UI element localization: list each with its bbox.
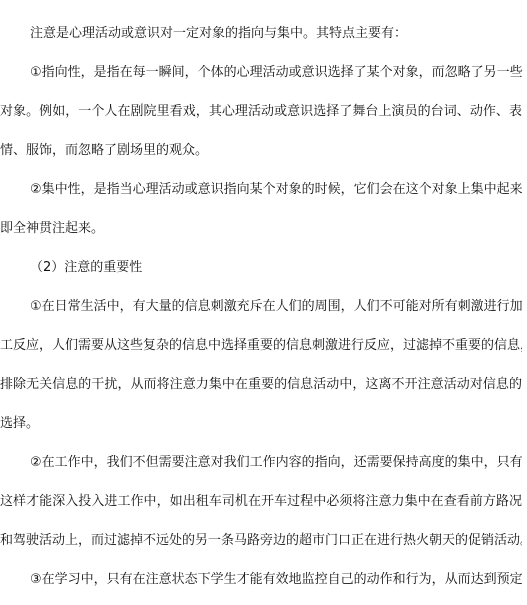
paragraph-line: ②在工作中，我们不但需要注意对我们工作内容的指向，还需要保持高度的集中，只有 — [0, 443, 522, 482]
section-heading: （2）注意的重要性 — [0, 248, 527, 287]
section-heading-cut: （1）注意的基本特征 — [0, 0, 527, 14]
paragraph-daily-life: ①在日常生活中，有大量的信息刺激充斥在人们的周围，人们不可能对所有刺激进行加 工… — [0, 287, 527, 443]
paragraph-line: 选择。 — [0, 404, 527, 443]
paragraph-line: 这样才能深入投入进工作中，如出租车司机在开车过程中必须将注意力集中在查看前方路况 — [0, 482, 522, 521]
paragraph-definition: 注意是心理活动或意识对一定对象的指向与集中。其特点主要有： — [0, 14, 527, 53]
paragraph-line: ①指向性，是指在每一瞬间，个体的心理活动或意识选择了某个对象，而忽略了另一些 — [0, 53, 522, 92]
paragraph-line: 即全神贯注起来。 — [0, 209, 527, 248]
paragraph-line: 排除无关信息的干扰，从而将注意力集中在重要的信息活动中，这离不开注意活动对信息的 — [0, 365, 522, 404]
paragraph-study: ③在学习中，只有在注意状态下学生才能有效地监控自己的动作和行为，从而达到预定 — [0, 560, 527, 599]
paragraph-line: 和驾驶活动上，而过滤掉不远处的另一条马路旁边的超市门口正在进行热火朝天的促销活动… — [0, 521, 522, 560]
paragraph-line: 对象。例如，一个人在剧院里看戏，其心理活动或意识选择了舞台上演员的台词、动作、表 — [0, 92, 522, 131]
paragraph-line: 情、服饰，而忽略了剧场里的观众。 — [0, 131, 527, 170]
paragraph-concentration: ②集中性，是指当心理活动或意识指向某个对象的时候，它们会在这个对象上集中起来， … — [0, 170, 527, 248]
paragraph-line: ②集中性，是指当心理活动或意识指向某个对象的时候，它们会在这个对象上集中起来， — [0, 170, 522, 209]
paragraph-line: ①在日常生活中，有大量的信息刺激充斥在人们的周围，人们不可能对所有刺激进行加 — [0, 287, 522, 326]
section-heading-importance: （2）注意的重要性 — [0, 248, 527, 287]
paragraph-line: 注意是心理活动或意识对一定对象的指向与集中。其特点主要有： — [0, 14, 527, 53]
paragraph-line: 工反应，人们需要从这些复杂的信息中选择重要的信息刺激进行反应，过滤掉不重要的信息… — [0, 326, 522, 365]
paragraph-line: ③在学习中，只有在注意状态下学生才能有效地监控自己的动作和行为，从而达到预定 — [0, 560, 522, 599]
document-page: （1）注意的基本特征 注意是心理活动或意识对一定对象的指向与集中。其特点主要有：… — [0, 0, 527, 599]
paragraph-work: ②在工作中，我们不但需要注意对我们工作内容的指向，还需要保持高度的集中，只有 这… — [0, 443, 527, 560]
paragraph-directivity: ①指向性，是指在每一瞬间，个体的心理活动或意识选择了某个对象，而忽略了另一些 对… — [0, 53, 527, 170]
